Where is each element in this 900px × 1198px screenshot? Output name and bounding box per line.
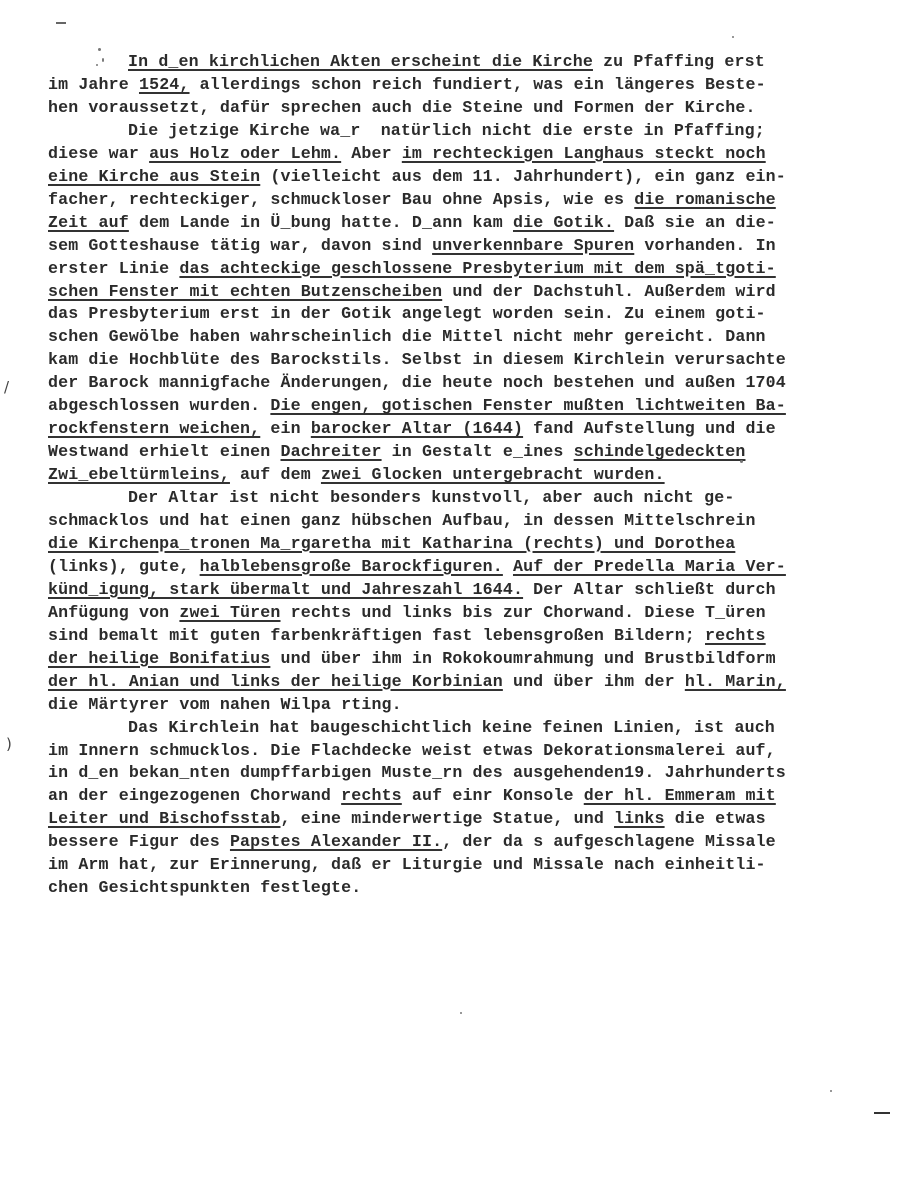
speck	[102, 58, 104, 62]
text-run: und der Dachstuhl. Außerdem wird	[442, 282, 776, 301]
text-run: kam die Hochblüte des Barockstils. Selbs…	[48, 350, 786, 369]
text-run: im Jahre	[48, 75, 139, 94]
text-line: sind bemalt mit guten farbenkräftigen fa…	[48, 626, 766, 646]
text-run: erster Linie	[48, 259, 179, 278]
text-line: Der Altar ist nicht besonders kunstvoll,…	[128, 488, 734, 508]
text-line: sem Gotteshause tätig war, davon sind un…	[48, 236, 776, 256]
text-run: rechts und links bis zur Chorwand. Diese…	[281, 603, 766, 622]
speck	[830, 1090, 832, 1092]
text-run: hen voraussetzt, dafür sprechen auch die…	[48, 98, 756, 117]
text-line: in d_en bekan_nten dumpffarbigen Muste_r…	[48, 763, 786, 783]
underlined-phrase: Zwi_ebeltürmleins,	[48, 465, 230, 484]
text-run: abgeschlossen wurden.	[48, 396, 270, 415]
text-run: die Märtyrer vom nahen Wilpa rting.	[48, 695, 402, 714]
text-run: der Barock mannigfache Änderungen, die h…	[48, 373, 786, 392]
underlined-phrase: links	[614, 809, 665, 828]
margin-mark-paren: )	[6, 735, 12, 753]
text-line: Zeit auf dem Lande in Ü_bung hatte. D_an…	[48, 213, 776, 233]
underlined-phrase: rechts	[705, 626, 766, 645]
underlined-phrase: das achteckige geschlossene Presbyterium…	[179, 259, 775, 278]
text-run: auf einr Konsole	[402, 786, 584, 805]
underlined-phrase: im rechteckigen Langhaus steckt noch	[402, 144, 766, 163]
underlined-phrase: 1524,	[139, 75, 190, 94]
text-line: im Innern schmucklos. Die Flachdecke wei…	[48, 741, 776, 761]
text-line: im Arm hat, zur Erinnerung, daß er Litur…	[48, 855, 766, 875]
text-run: Daß sie an die-	[614, 213, 776, 232]
text-run: in d_en bekan_nten dumpffarbigen Muste_r…	[48, 763, 786, 782]
text-line: künd_igung, stark übermalt und Jahreszah…	[48, 580, 776, 600]
text-line: facher, rechteckiger, schmuckloser Bau o…	[48, 190, 776, 210]
underlined-phrase: der hl. Anian und links der heilige Korb…	[48, 672, 503, 691]
underlined-phrase: Zeit auf	[48, 213, 129, 232]
text-run: fand Aufstellung und die	[523, 419, 776, 438]
underlined-phrase: aus Holz oder Lehm.	[149, 144, 341, 163]
text-run: schmacklos und hat einen ganz hübschen A…	[48, 511, 756, 530]
text-line: eine Kirche aus Stein (vielleicht aus de…	[48, 167, 786, 187]
text-run: Die jetzige Kirche wa_r natürlich nicht …	[128, 121, 765, 140]
text-line: der hl. Anian und links der heilige Korb…	[48, 672, 786, 692]
text-run: Aber	[341, 144, 402, 163]
text-line: Die jetzige Kirche wa_r natürlich nicht …	[128, 121, 765, 141]
underlined-phrase: In d_en kirchlichen Akten erscheint die …	[128, 52, 593, 71]
page-end-dash	[874, 1112, 890, 1114]
text-line: Das Kirchlein hat baugeschichtlich keine…	[128, 718, 775, 738]
text-run: auf dem	[230, 465, 321, 484]
text-run: , der da s aufgeschlagene Missale	[442, 832, 776, 851]
underlined-phrase: die Kirchenpa_tronen Ma_rgaretha mit Kat…	[48, 534, 735, 553]
text-run: facher, rechteckiger, schmuckloser Bau o…	[48, 190, 634, 209]
text-run: dem Lande in Ü_bung hatte. D_ann kam	[129, 213, 513, 232]
speck	[460, 1012, 462, 1014]
text-run: , eine minderwertige Statue, und	[280, 809, 614, 828]
underlined-phrase: Dachreiter	[280, 442, 381, 461]
text-line: im Jahre 1524, allerdings schon reich fu…	[48, 75, 766, 95]
underlined-phrase: eine Kirche aus Stein	[48, 167, 260, 186]
speck	[732, 36, 734, 38]
underlined-phrase: zwei Glocken untergebracht wurden.	[321, 465, 665, 484]
underlined-phrase: der hl. Emmeram mit	[584, 786, 776, 805]
top-dash-mark	[56, 22, 66, 24]
text-run: ein	[260, 419, 311, 438]
underlined-phrase: rockfenstern weichen,	[48, 419, 260, 438]
text-run: (vielleicht aus dem 11. Jahrhundert), ei…	[260, 167, 786, 186]
underlined-phrase: barocker Altar (1644)	[311, 419, 523, 438]
underlined-phrase: hl. Marin,	[685, 672, 786, 691]
text-line: diese war aus Holz oder Lehm. Aber im re…	[48, 144, 766, 164]
text-line: schmacklos und hat einen ganz hübschen A…	[48, 511, 756, 531]
underlined-phrase: Leiter und Bischofsstab	[48, 809, 280, 828]
text-run: die etwas	[665, 809, 766, 828]
underlined-phrase: Auf der Predella Maria Ver-	[513, 557, 786, 576]
text-run: vorhanden. In	[634, 236, 776, 255]
text-run: zu Pfaffing erst	[593, 52, 765, 71]
text-run: Westwand erhielt einen	[48, 442, 280, 461]
text-line: schen Gewölbe haben wahrscheinlich die M…	[48, 327, 766, 347]
text-line: der Barock mannigfache Änderungen, die h…	[48, 373, 786, 393]
text-run: an der eingezogenen Chorwand	[48, 786, 341, 805]
text-line: erster Linie das achteckige geschlossene…	[48, 259, 776, 279]
underlined-phrase: Die engen, gotischen Fenster mußten lich…	[270, 396, 786, 415]
underlined-phrase: zwei Türen	[179, 603, 280, 622]
text-run: allerdings schon reich fundiert, was ein…	[190, 75, 766, 94]
text-run: das Presbyterium erst in der Gotik angel…	[48, 304, 766, 323]
text-line: schen Fenster mit echten Butzenscheiben …	[48, 282, 776, 302]
underlined-phrase: rechts	[341, 786, 402, 805]
text-line: an der eingezogenen Chorwand rechts auf …	[48, 786, 776, 806]
text-run: und über ihm in Rokokoumrahmung und Brus…	[270, 649, 775, 668]
text-run: (links), gute,	[48, 557, 200, 576]
text-line: das Presbyterium erst in der Gotik angel…	[48, 304, 766, 324]
speck	[96, 64, 98, 66]
text-line: die Märtyrer vom nahen Wilpa rting.	[48, 695, 402, 715]
underlined-phrase: die Gotik.	[513, 213, 614, 232]
text-line: der heilige Bonifatius und über ihm in R…	[48, 649, 776, 669]
text-line: bessere Figur des Papstes Alexander II.,…	[48, 832, 776, 852]
text-line: die Kirchenpa_tronen Ma_rgaretha mit Kat…	[48, 534, 735, 554]
text-line: Zwi_ebeltürmleins, auf dem zwei Glocken …	[48, 465, 665, 485]
text-line: chen Gesichtspunkten festlegte.	[48, 878, 361, 898]
text-run: im Arm hat, zur Erinnerung, daß er Litur…	[48, 855, 766, 874]
text-run: Der Altar schließt durch	[523, 580, 776, 599]
text-run: diese war	[48, 144, 149, 163]
text-line: hen voraussetzt, dafür sprechen auch die…	[48, 98, 756, 118]
speck	[98, 48, 101, 51]
text-run	[503, 557, 513, 576]
text-run: sind bemalt mit guten farbenkräftigen fa…	[48, 626, 705, 645]
text-line: Anfügung von zwei Türen rechts und links…	[48, 603, 766, 623]
text-line: Leiter und Bischofsstab, eine minderwert…	[48, 809, 766, 829]
typewritten-page: In d_en kirchlichen Akten erscheint die …	[0, 0, 900, 1198]
text-run: im Innern schmucklos. Die Flachdecke wei…	[48, 741, 776, 760]
text-run: chen Gesichtspunkten festlegte.	[48, 878, 361, 897]
underlined-phrase: Papstes Alexander II.	[230, 832, 442, 851]
text-run: Anfügung von	[48, 603, 179, 622]
text-line: kam die Hochblüte des Barockstils. Selbs…	[48, 350, 786, 370]
text-run: bessere Figur des	[48, 832, 230, 851]
underlined-phrase: unverkennbare Spuren	[432, 236, 634, 255]
speck	[740, 460, 743, 463]
margin-mark-slash: /	[4, 378, 9, 396]
underlined-phrase: schindelgedeckten	[574, 442, 746, 461]
text-line: (links), gute, halblebensgroße Barockfig…	[48, 557, 786, 577]
text-run: sem Gotteshause tätig war, davon sind	[48, 236, 432, 255]
text-run: Der Altar ist nicht besonders kunstvoll,…	[128, 488, 734, 507]
text-run: schen Gewölbe haben wahrscheinlich die M…	[48, 327, 766, 346]
text-run: in Gestalt e_ines	[382, 442, 574, 461]
underlined-phrase: der heilige Bonifatius	[48, 649, 270, 668]
text-run: Das Kirchlein hat baugeschichtlich keine…	[128, 718, 775, 737]
text-line: Westwand erhielt einen Dachreiter in Ges…	[48, 442, 745, 462]
underlined-phrase: die romanische	[634, 190, 776, 209]
text-run: und über ihm der	[503, 672, 685, 691]
text-line: abgeschlossen wurden. Die engen, gotisch…	[48, 396, 786, 416]
underlined-phrase: schen Fenster mit echten Butzenscheiben	[48, 282, 442, 301]
text-line: rockfenstern weichen, ein barocker Altar…	[48, 419, 776, 439]
text-line: In d_en kirchlichen Akten erscheint die …	[128, 52, 765, 72]
underlined-phrase: halblebensgroße Barockfiguren.	[200, 557, 503, 576]
underlined-phrase: künd_igung, stark übermalt und Jahreszah…	[48, 580, 523, 599]
